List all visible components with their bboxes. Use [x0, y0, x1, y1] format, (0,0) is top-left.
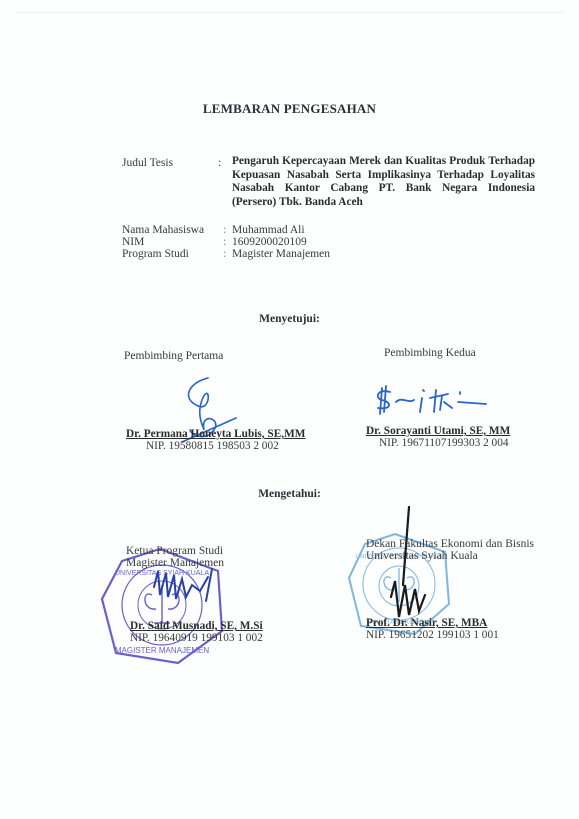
- field-label-prodi: Program Studi: [122, 248, 189, 260]
- field-label-nim: NIM: [122, 236, 144, 248]
- supervisor1-nip: NIP. 19580815 198503 2 002: [146, 440, 279, 452]
- field-label-judul: Judul Tesis: [122, 157, 173, 169]
- field-label-nama: Nama Mahasiswa: [122, 224, 204, 236]
- signature-kaprodi-icon: [150, 565, 220, 605]
- student-name: Muhammad Ali: [232, 224, 305, 236]
- supervisor2-nip: NIP. 19671107199303 2 004: [379, 437, 509, 449]
- scan-edge-line: [16, 12, 563, 13]
- supervisor1-name: Dr. Permana Honeyta Lubis, SE,MM: [126, 428, 305, 440]
- dekan-name: Prof. Dr. Nasir, SE, MBA: [366, 617, 487, 629]
- student-nim: 1609200020109: [232, 236, 307, 248]
- page-title: LEMBARAN PENGESAHAN: [0, 101, 579, 117]
- supervisor2-role: Pembimbing Kedua: [384, 347, 476, 359]
- kaprodi-nip: NIP. 19640919 199103 1 002: [130, 632, 263, 644]
- field-colon: :: [223, 236, 226, 248]
- study-program: Magister Manajemen: [232, 248, 330, 260]
- supervisor1-role: Pembimbing Pertama: [124, 350, 223, 362]
- supervisor2-name: Dr. Sorayanti Utami, SE, MM: [366, 425, 510, 437]
- approval-heading: Menyetujui:: [0, 313, 579, 325]
- field-colon: :: [223, 248, 226, 260]
- field-colon: :: [218, 157, 221, 169]
- thesis-title: Pengaruh Kepercayaan Merek dan Kualitas …: [232, 155, 535, 209]
- svg-text:MAGISTER MANAJEMEN: MAGISTER MANAJEMEN: [115, 646, 209, 655]
- kaprodi-role-line1: Ketua Program Studi: [126, 545, 223, 557]
- signature-dekan-icon: [385, 505, 435, 635]
- signature-supervisor2-icon: [368, 382, 498, 418]
- kaprodi-role-line2: Magister Manajemen: [126, 557, 224, 569]
- field-colon: :: [223, 224, 226, 236]
- dekan-nip: NIP. 19651202 199103 1 001: [366, 629, 499, 641]
- dekan-role-line2: Universitas Syiah Kuala: [366, 550, 478, 562]
- kaprodi-name: Dr. Said Musnadi, SE, M.Si: [130, 620, 263, 632]
- dekan-role-line1: Dekan Fakultas Ekonomi dan Bisnis: [366, 538, 534, 550]
- acknowledgement-heading: Mengetahui:: [0, 488, 579, 500]
